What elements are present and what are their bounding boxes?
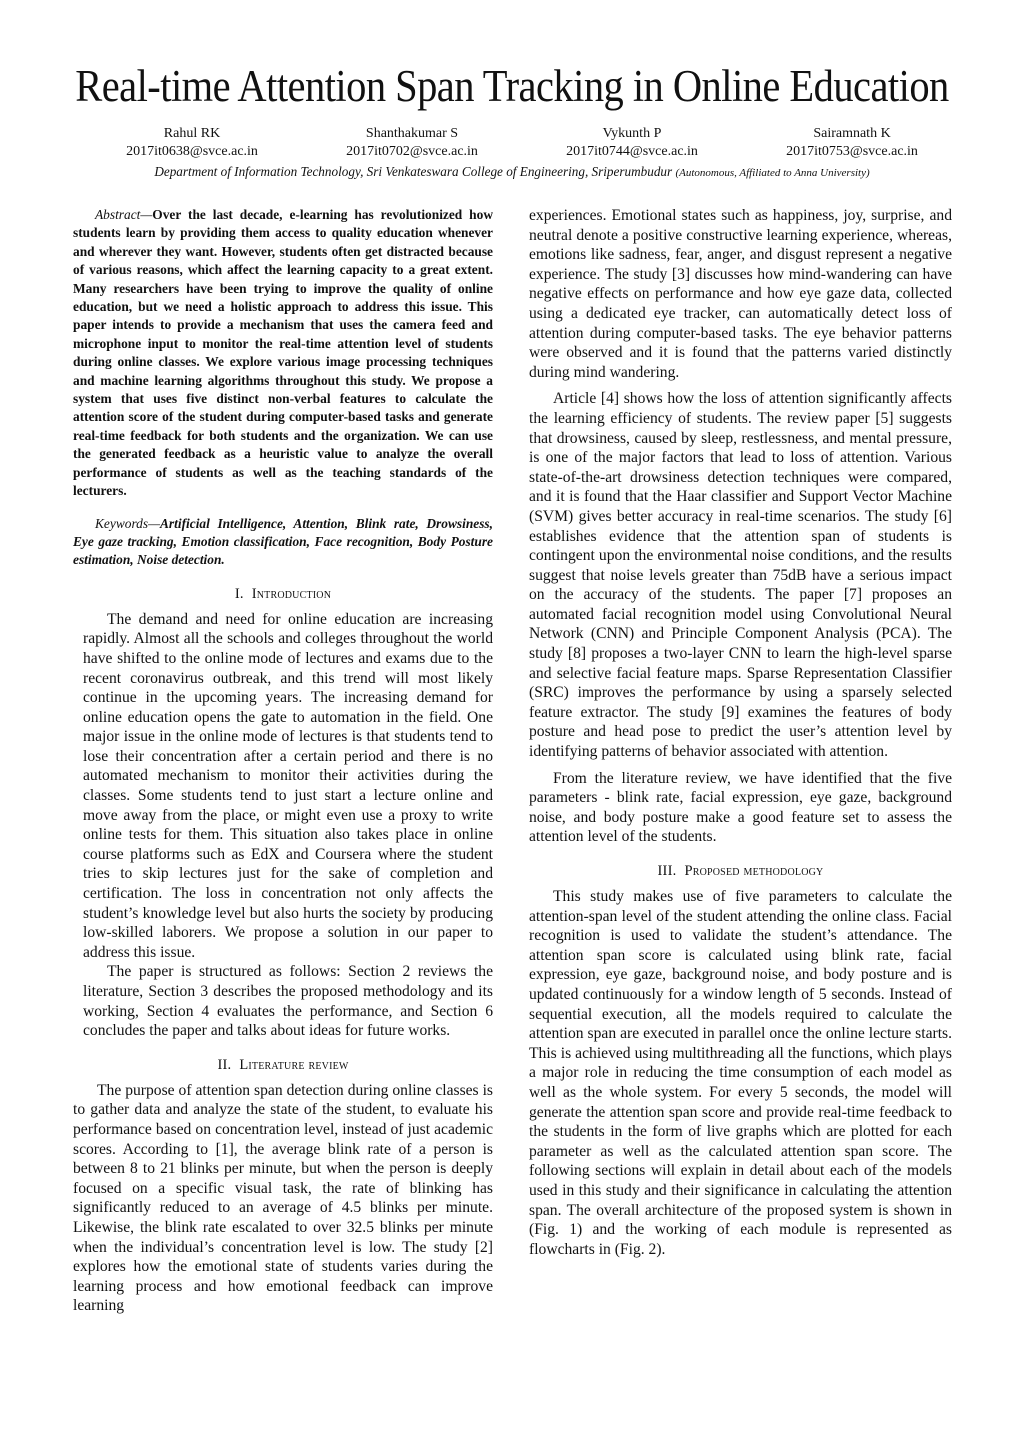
right-column: experiences. Emotional states such as ha… <box>529 206 952 1259</box>
author-name: Vykunth P <box>532 125 732 143</box>
author-email: 2017it0638@svce.ac.in <box>92 143 292 161</box>
author-block: Rahul RK 2017it0638@svce.ac.in <box>92 125 292 161</box>
section-title: Literature review <box>239 1057 348 1073</box>
section-heading-proposed-methodology: III.Proposed methodology <box>529 861 952 881</box>
paragraph: experiences. Emotional states such as ha… <box>529 206 952 382</box>
author-block: Sairamnath K 2017it0753@svce.ac.in <box>752 125 952 161</box>
keywords: Keywords—Artificial Intelligence, Attent… <box>73 515 493 570</box>
author-block: Shanthakumar S 2017it0702@svce.ac.in <box>312 125 512 161</box>
author-email: 2017it0753@svce.ac.in <box>752 143 952 161</box>
left-column: Abstract—Over the last decade, e-learnin… <box>73 206 493 1316</box>
author-email: 2017it0702@svce.ac.in <box>312 143 512 161</box>
section-title: Proposed methodology <box>684 863 823 879</box>
author-name: Shanthakumar S <box>312 125 512 143</box>
section-heading-introduction: I.Introduction <box>73 584 493 604</box>
paragraph: From the literature review, we have iden… <box>529 769 952 847</box>
affiliation-text: Department of Information Technology, Sr… <box>154 164 672 179</box>
section-heading-literature-review: II.Literature review <box>73 1055 493 1075</box>
author-block: Vykunth P 2017it0744@svce.ac.in <box>532 125 732 161</box>
section-number: II. <box>217 1057 231 1073</box>
affiliation: Department of Information Technology, Sr… <box>0 164 1024 180</box>
abstract: Abstract—Over the last decade, e-learnin… <box>73 206 493 501</box>
section-title: Introduction <box>252 586 331 602</box>
section-number: I. <box>235 586 244 602</box>
paper-title: Real-time Attention Span Tracking in Onl… <box>51 58 973 114</box>
paragraph: The demand and need for online education… <box>73 610 493 963</box>
paragraph: Article [4] shows how the loss of attent… <box>529 389 952 761</box>
paragraph: This study makes use of five parameters … <box>529 887 952 1259</box>
abstract-label: Abstract— <box>95 207 152 222</box>
author-email: 2017it0744@svce.ac.in <box>532 143 732 161</box>
author-name: Sairamnath K <box>752 125 952 143</box>
affiliation-note: (Autonomous, Affiliated to Anna Universi… <box>675 167 869 179</box>
author-list: Rahul RK 2017it0638@svce.ac.in Shanthaku… <box>92 125 952 161</box>
paragraph: The paper is structured as follows: Sect… <box>73 962 493 1040</box>
section-number: III. <box>658 863 677 879</box>
author-name: Rahul RK <box>92 125 292 143</box>
abstract-text: Over the last decade, e-learning has rev… <box>73 207 493 498</box>
paragraph: The purpose of attention span detection … <box>73 1081 493 1316</box>
keywords-label: Keywords— <box>95 516 160 531</box>
